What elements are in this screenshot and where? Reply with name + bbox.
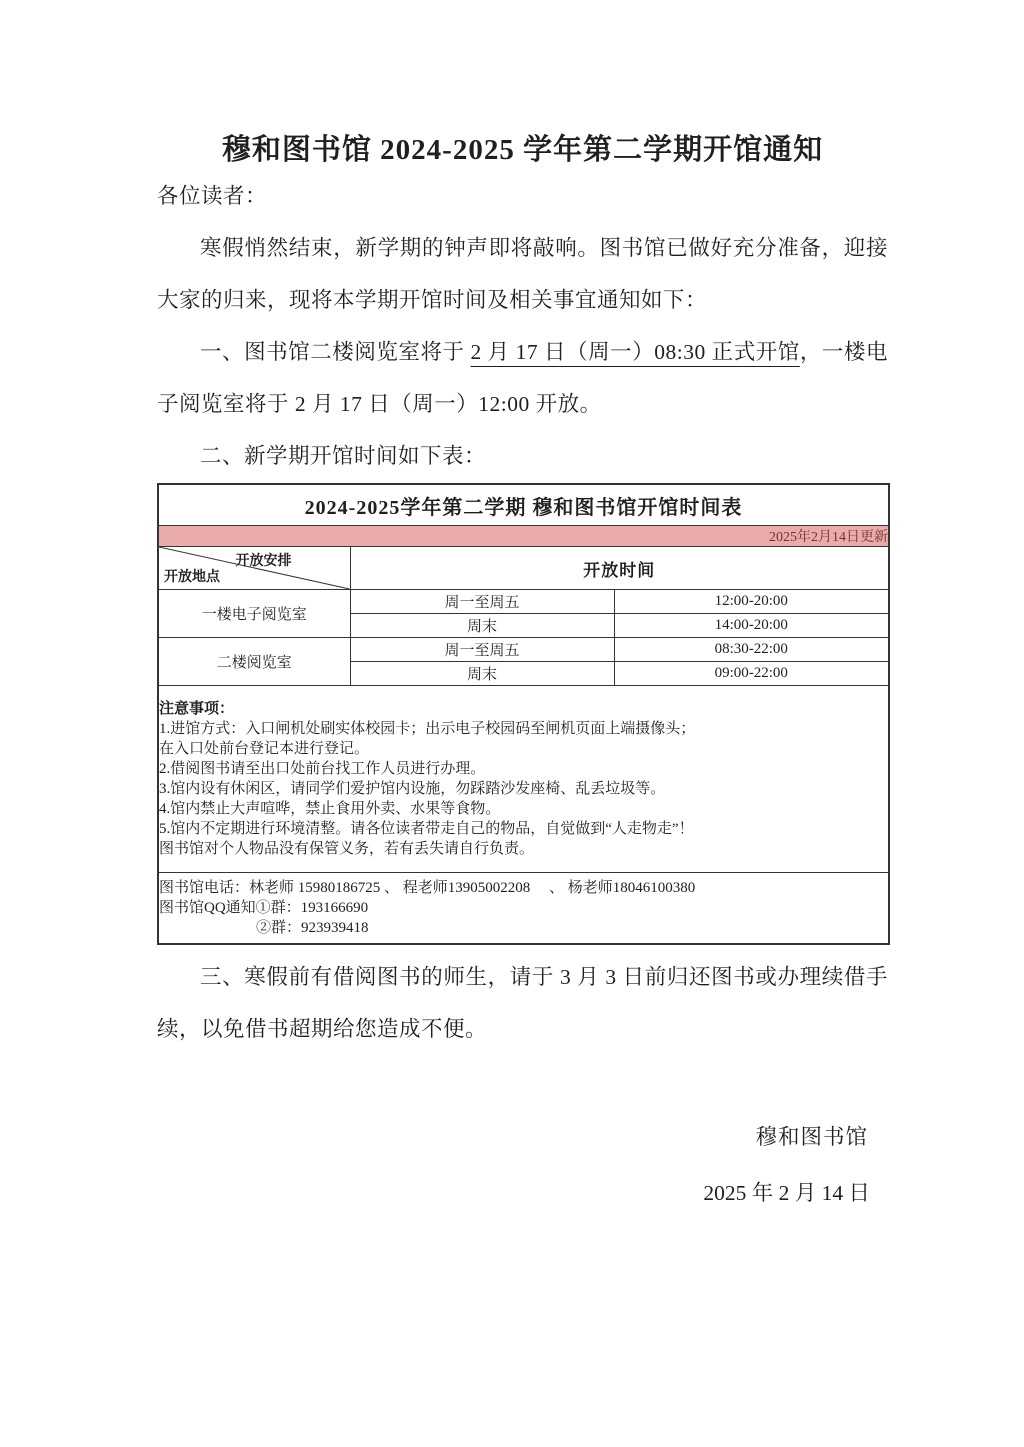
days-cell: 周末 xyxy=(350,614,614,638)
note-line: 2.借阅图书请至出口处前台找工作人员进行办理。 xyxy=(159,759,888,779)
table-contact-row: 图书馆电话：林老师 15980186725 、 程老师13905002208 、… xyxy=(158,873,889,945)
days-cell: 周一至周五 xyxy=(350,590,614,614)
table-corner-cell: 开放安排 开放地点 xyxy=(158,547,350,590)
notes-cell: 注意事项： 1.进馆方式：入口闸机处刷实体校园卡；出示电子校园码至闸机页面上端摄… xyxy=(158,686,889,873)
time-cell: 08:30-22:00 xyxy=(614,638,889,662)
contact-qq-group-2: ②群：923939418 xyxy=(159,918,888,938)
document-title: 穆和图书馆 2024-2025 学年第二学期开馆通知 xyxy=(157,130,888,170)
paragraph-item-1: 一、图书馆二楼阅览室将于 2 月 17 日（周一）08:30 正式开馆，一楼电子… xyxy=(157,326,888,430)
table-title: 2024-2025学年第二学期 穆和图书馆开馆时间表 xyxy=(158,484,889,526)
para2-underlined-date: 2 月 17 日（周一）08:30 正式开馆 xyxy=(470,340,799,364)
signature-date: 2025 年 2 月 14 日 xyxy=(157,1167,888,1219)
note-line: 图书馆对个人物品没有保管义务，若有丢失请自行负责。 xyxy=(159,839,888,859)
opening-hours-table: 2024-2025学年第二学期 穆和图书馆开馆时间表 2025年2月14日更新 … xyxy=(157,483,890,945)
contact-phones: 图书馆电话：林老师 15980186725 、 程老师13905002208 、… xyxy=(159,878,888,898)
salutation: 各位读者： xyxy=(157,170,888,222)
notes-title: 注意事项： xyxy=(159,699,888,719)
contact-cell: 图书馆电话：林老师 15980186725 、 程老师13905002208 、… xyxy=(158,873,889,945)
time-cell: 09:00-22:00 xyxy=(614,662,889,686)
table-row: 二楼阅览室 周一至周五 08:30-22:00 xyxy=(158,638,889,662)
table-row: 一楼电子阅览室 周一至周五 12:00-20:00 xyxy=(158,590,889,614)
location-cell: 一楼电子阅览室 xyxy=(158,590,350,638)
location-cell: 二楼阅览室 xyxy=(158,638,350,686)
note-line: 在入口处前台登记本进行登记。 xyxy=(159,739,888,759)
note-line: 4.馆内禁止大声喧哗，禁止食用外卖、水果等食物。 xyxy=(159,799,888,819)
signature: 穆和图书馆 xyxy=(157,1111,888,1163)
document-content: 穆和图书馆 2024-2025 学年第二学期开馆通知 各位读者： 寒假悄然结束，… xyxy=(157,0,888,1219)
table-notes-row: 注意事项： 1.进馆方式：入口闸机处刷实体校园卡；出示电子校园码至闸机页面上端摄… xyxy=(158,686,889,873)
days-cell: 周末 xyxy=(350,662,614,686)
note-line: 1.进馆方式：入口闸机处刷实体校园卡；出示电子校园码至闸机页面上端摄像头； xyxy=(159,719,888,739)
table-title-row: 2024-2025学年第二学期 穆和图书馆开馆时间表 xyxy=(158,484,889,526)
contact-qq-group-1: 图书馆QQ通知①群：193166690 xyxy=(159,898,888,918)
time-cell: 12:00-20:00 xyxy=(614,590,889,614)
para2-prefix: 一、图书馆二楼阅览室将于 xyxy=(200,340,470,364)
paragraph-intro: 寒假悄然结束，新学期的钟声即将敲响。图书馆已做好充分准备，迎接大家的归来，现将本… xyxy=(157,222,888,326)
note-line: 5.馆内不定期进行环境清整。请各位读者带走自己的物品，自觉做到“人走物走”！ xyxy=(159,819,888,839)
opening-time-header: 开放时间 xyxy=(350,547,889,590)
paragraph-item-3: 三、寒假前有借阅图书的师生，请于 3 月 3 日前归还图书或办理续借手续，以免借… xyxy=(157,951,888,1055)
table-header-row: 开放安排 开放地点 开放时间 xyxy=(158,547,889,590)
note-line: 3.馆内设有休闲区，请同学们爱护馆内设施，勿踩踏沙发座椅、乱丢垃圾等。 xyxy=(159,779,888,799)
corner-label-location: 开放地点 xyxy=(164,566,220,586)
updated-date-banner: 2025年2月14日更新 xyxy=(158,526,889,547)
table-updated-row: 2025年2月14日更新 xyxy=(158,526,889,547)
time-cell: 14:00-20:00 xyxy=(614,614,889,638)
days-cell: 周一至周五 xyxy=(350,638,614,662)
corner-label-arrangement: 开放安排 xyxy=(236,550,292,570)
paragraph-item-2: 二、新学期开馆时间如下表： xyxy=(157,430,888,482)
document-page: 穆和图书馆 2024-2025 学年第二学期开馆通知 各位读者： 寒假悄然结束，… xyxy=(0,0,1024,1447)
